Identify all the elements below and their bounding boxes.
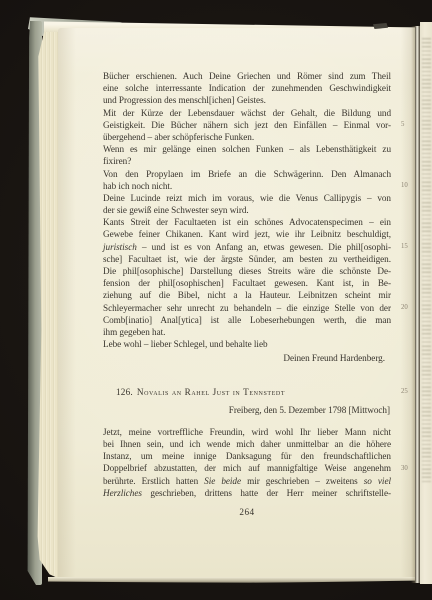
bottom-page-edge xyxy=(48,577,415,583)
facing-page-showthrough-text xyxy=(422,38,431,484)
text-line: ziehung auf die Bibel, nicht a la Hauteu… xyxy=(103,289,391,301)
text-line: und Progression des menschl[ichen] Geist… xyxy=(103,94,391,106)
page-number-text: 264 xyxy=(239,507,254,517)
dateline: Freiberg, den 5. Dezember 1798 [Mittwoch… xyxy=(103,404,391,416)
text-line: übergehend – aber schöpferische Funken. xyxy=(103,131,391,143)
signature-text: Deinen Freund Hardenberg. xyxy=(283,353,385,363)
text-line: Von den Propylaen im Briefe an die Schwä… xyxy=(103,168,391,180)
text-line: ihm gegeben hat. xyxy=(103,326,391,338)
text-line: Doppelbrief abzustatten, der mich auf ma… xyxy=(103,462,391,474)
text-line: Instanz, um meine innige Danksagung für … xyxy=(103,450,391,462)
text-line: berührte. Erstlich hatten Sie beide mir … xyxy=(103,475,391,487)
text-line: Mit der Kürze der Lebensdauer wächst der… xyxy=(103,107,391,119)
page-number: 264 xyxy=(103,506,391,518)
text-line: Gewebe feiner Chikanen. Kant wird jezt, … xyxy=(103,228,391,240)
text-line: eine solche interressante Indication der… xyxy=(103,82,391,94)
facing-page-sliver xyxy=(420,22,432,584)
text-line: Deine Lucinde reizt mich im voraus, wie … xyxy=(103,192,391,204)
text-line: bei Ihnen sein, und ich wende mich daher… xyxy=(103,438,391,450)
dateline-text: Freiberg, den 5. Dezember 1798 [Mittwoch… xyxy=(229,405,390,415)
text-block: Bücher erschienen. Auch Deine Griechen u… xyxy=(103,70,391,518)
book-page: Bücher erschienen. Auch Deine Griechen u… xyxy=(58,28,415,577)
text-line: Schleyermacher sehr unrecht zu behandeln… xyxy=(103,302,391,314)
letter-126-body: Jetzt, meine vortreffliche Freundin, wir… xyxy=(103,426,391,499)
letter-125-body: Bücher erschienen. Auch Deine Griechen u… xyxy=(103,70,391,350)
text-line: fixiren? xyxy=(103,155,391,167)
text-line: sche] Facultaet ist, wie der ärgste Sünd… xyxy=(103,253,391,265)
text-line: Herzliches geschrieben, drittens hatte d… xyxy=(103,487,391,499)
text-line: der sie gewiß eine Schwester seyn wird. xyxy=(103,204,391,216)
text-line: juristisch – und ist es von Anfang an, e… xyxy=(103,241,391,253)
text-line: Geistigkeit. Die Bücher nähern sich jezt… xyxy=(103,119,391,131)
book-photo: Bücher erschienen. Auch Deine Griechen u… xyxy=(0,0,432,600)
text-line: Jetzt, meine vortreffliche Freundin, wir… xyxy=(103,426,391,438)
text-line: Die phil[osophische] Darstellung dieses … xyxy=(103,265,391,277)
text-line: Lebe wohl – lieber Schlegel, und behalte… xyxy=(103,338,391,350)
text-line: Bücher erschienen. Auch Deine Griechen u… xyxy=(103,70,391,82)
heading-number: 126. xyxy=(116,387,133,397)
text-line: fension der phil[osophischen] Facultaet … xyxy=(103,277,391,289)
text-line: hab ich noch nicht.10 xyxy=(103,180,391,192)
letter-126-heading: 126.Novalis an Rahel Just in Tennstedt 2… xyxy=(103,386,391,398)
heading-title: Novalis an Rahel Just in Tennstedt xyxy=(137,387,285,397)
signature-line: Deinen Freund Hardenberg. xyxy=(103,352,391,364)
text-line: Comb[inatio] Anal[ytica] ist alle Lobese… xyxy=(103,314,391,326)
text-line: Wenn es mir gelänge einen solchen Funken… xyxy=(103,143,391,155)
gutter-shadow xyxy=(411,26,420,583)
text-line: Kants Streit der Facultaeten ist ein sch… xyxy=(103,216,391,228)
